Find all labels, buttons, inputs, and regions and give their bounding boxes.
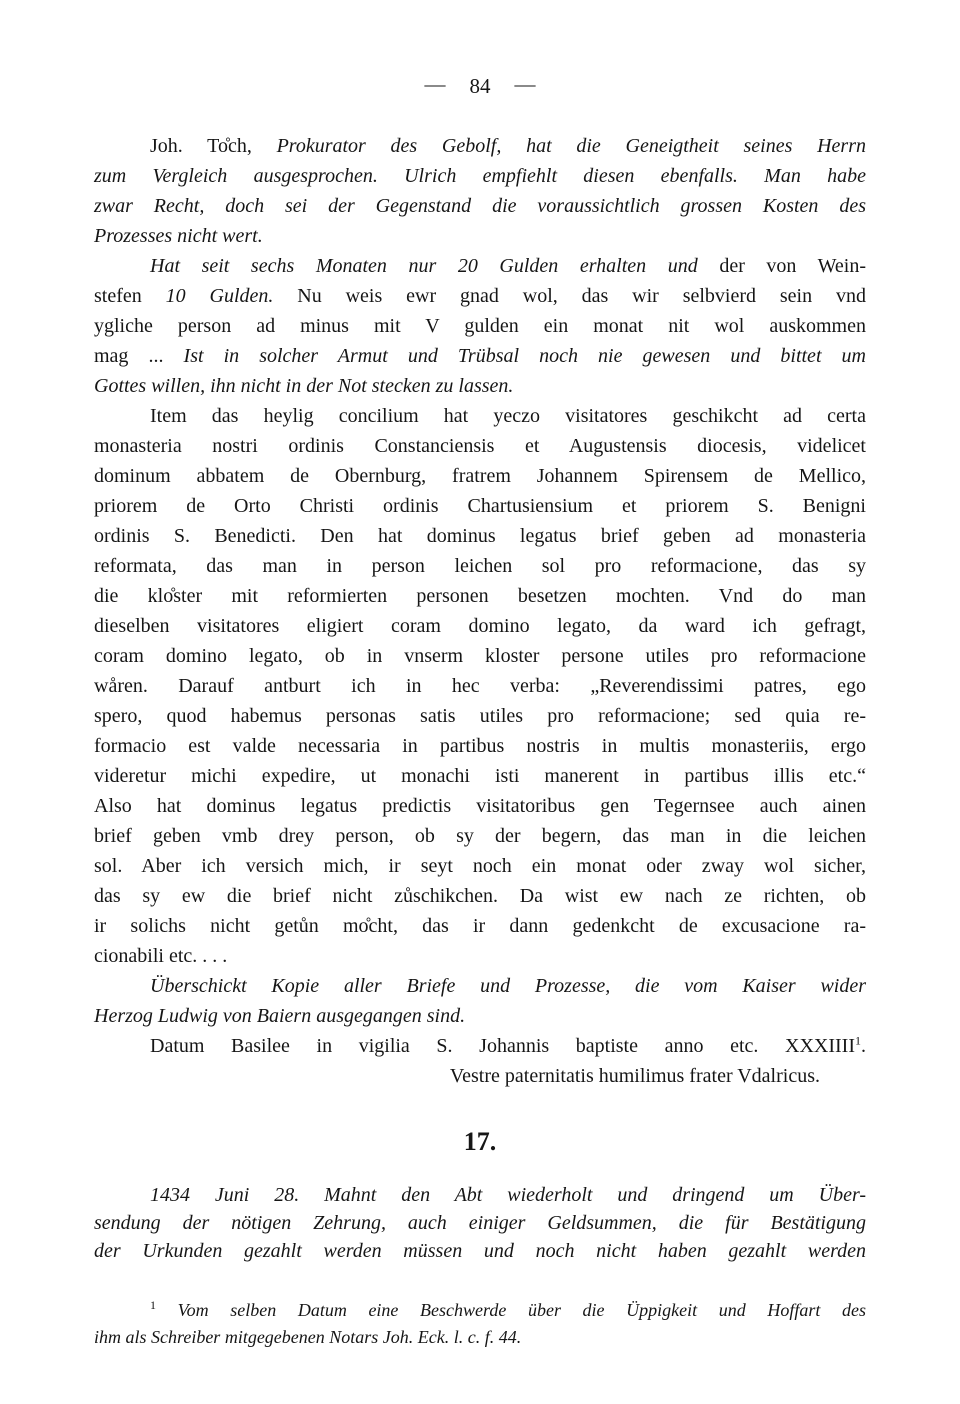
text-line: coram domino legato, ob in vnserm kloste… [94,641,866,671]
section-heading-17: 17. [94,1127,866,1157]
text-line: ygliche person ad minus mit V gulden ein… [94,311,866,341]
text-line: wåren. Darauf antburt ich in hec verba: … [94,671,866,701]
text-segment: Also hat dominus legatus predictis visit… [94,795,866,817]
text-segment: dominum abbatem de Obernburg, fratrem Jo… [94,465,866,487]
text-line: ihm als Schreiber mitgegebenen Notars Jo… [94,1324,866,1351]
text-line: Vestre paternitatis humilimus frater Vda… [94,1061,866,1091]
letter-17-summary: 1434 Juni 28. Mahnt den Abt wiederholt u… [94,1181,866,1265]
text-segment: Hat seit sechs Monaten nur 20 Gulden erh… [150,255,719,277]
text-segment: Item das heylig concilium hat yeczo visi… [150,405,866,427]
text-line: Item das heylig concilium hat yeczo visi… [94,401,866,431]
text-segment: spero, quod habemus personas satis utile… [94,705,866,727]
page-number: 84 [470,74,491,98]
header-dash-right: — [515,72,536,97]
text-line: sol. Aber ich versich mich, ir seyt noch… [94,851,866,881]
text-segment: ygliche person ad minus mit V gulden ein… [94,315,866,337]
text-segment: Joh. To̊ch, [150,135,277,157]
text-segment: ihm als Schreiber mitgegebenen Notars Jo… [94,1327,521,1347]
text-line: 1434 Juni 28. Mahnt den Abt wiederholt u… [94,1181,866,1209]
text-line: sendung der nötigen Zehrung, auch einige… [94,1209,866,1237]
book-page: —84— Joh. To̊ch, Prokurator des Gebolf, … [0,0,960,1404]
text-segment: ordinis S. Benedicti. Den hat dominus le… [94,525,866,547]
text-segment: Überschickt Kopie aller Briefe und Proze… [150,975,866,997]
text-segment: videretur michi expedire, ut monachi ist… [94,765,866,787]
letter-16-body: Joh. To̊ch, Prokurator des Gebolf, hat d… [94,131,866,1091]
text-segment: Datum Basilee in vigilia S. Johannis bap… [150,1035,855,1057]
text-line: spero, quod habemus personas satis utile… [94,701,866,731]
text-segment: formacio est valde necessaria in partibu… [94,735,866,757]
text-segment: priorem de Orto Christi ordinis Chartusi… [94,495,866,517]
text-segment: Prozesses nicht wert. [94,225,263,247]
text-segment: der Urkunden gezahlt werden müssen und n… [94,1240,866,1262]
text-line: Also hat dominus legatus predictis visit… [94,791,866,821]
text-segment: stefen [94,285,166,307]
text-line: dieselben visitatores eligiert coram dom… [94,611,866,641]
text-line: ir solichs nicht getůn mo̊cht, das ir da… [94,911,866,941]
page-content: Joh. To̊ch, Prokurator des Gebolf, hat d… [94,131,866,1351]
text-line: der Urkunden gezahlt werden müssen und n… [94,1237,866,1265]
text-segment: ir solichs nicht getůn mo̊cht, das ir da… [94,915,866,937]
text-segment: der von Wein- [719,255,866,277]
text-segment: sol. Aber ich versich mich, ir seyt noch… [94,855,866,877]
text-segment: Prokurator des Gebolf, hat die Geneigthe… [277,135,866,157]
text-line: das sy ew die brief nicht zůschikchen. D… [94,881,866,911]
text-line: 1 Vom selben Datum eine Beschwerde über … [94,1297,866,1324]
text-segment: monasteria nostri ordinis Constanciensis… [94,435,866,457]
text-line: reformata, das man in person leichen sol… [94,551,866,581]
text-line: zwar Recht, doch sei der Gegenstand die … [94,191,866,221]
text-segment: dieselben visitatores eligiert coram dom… [94,615,866,637]
text-line: videretur michi expedire, ut monachi ist… [94,761,866,791]
text-line: monasteria nostri ordinis Constanciensis… [94,431,866,461]
text-segment: Herzog Ludwig von Baiern ausgegangen sin… [94,1005,465,1027]
text-line: Gottes willen, ihn nicht in der Not stec… [94,371,866,401]
text-line: Datum Basilee in vigilia S. Johannis bap… [94,1031,866,1061]
text-line: zum Vergleich ausgesprochen. Ulrich empf… [94,161,866,191]
text-segment: wåren. Darauf antburt ich in hec verba: … [94,675,866,697]
text-segment: zwar Recht, doch sei der Gegenstand die … [94,195,866,217]
text-line: dominum abbatem de Obernburg, fratrem Jo… [94,461,866,491]
text-line: stefen 10 Gulden. Nu weis ewr gnad wol, … [94,281,866,311]
text-line: mag ... Ist in solcher Armut und Trübsal… [94,341,866,371]
text-line: ordinis S. Benedicti. Den hat dominus le… [94,521,866,551]
text-segment: Gottes willen, ihn nicht in der Not stec… [94,375,513,397]
text-line: cionabili etc. . . . [94,941,866,971]
text-line: brief geben vmb drey person, ob sy der b… [94,821,866,851]
text-segment: coram domino legato, ob in vnserm kloste… [94,645,866,667]
text-segment: Nu weis ewr gnad wol, das wir selbvierd … [273,285,866,307]
text-line: priorem de Orto Christi ordinis Chartusi… [94,491,866,521]
text-line: Hat seit sechs Monaten nur 20 Gulden erh… [94,251,866,281]
text-segment: zum Vergleich ausgesprochen. Ulrich empf… [94,165,866,187]
text-line: Prozesses nicht wert. [94,221,866,251]
text-segment: cionabili etc. . . . [94,945,227,967]
text-segment: reformata, das man in person leichen sol… [94,555,866,577]
text-segment: Vestre paternitatis humilimus frater Vda… [450,1065,820,1087]
footnote-1: 1 Vom selben Datum eine Beschwerde über … [94,1297,866,1351]
text-segment: 1434 Juni 28. Mahnt den Abt wiederholt u… [150,1184,866,1206]
text-segment: 10 Gulden. [166,285,274,307]
text-segment: die klo̊ster mit reformierten personen b… [94,585,866,607]
text-segment: Ist in solcher Armut und Trübsal noch ni… [184,345,866,367]
text-segment: sendung der nötigen Zehrung, auch einige… [94,1212,866,1234]
text-line: Joh. To̊ch, Prokurator des Gebolf, hat d… [94,131,866,161]
text-segment: . [861,1035,866,1057]
text-segment: brief geben vmb drey person, ob sy der b… [94,825,866,847]
text-line: Herzog Ludwig von Baiern ausgegangen sin… [94,1001,866,1031]
text-segment: mag ... [94,345,184,367]
text-segment: Vom selben Datum eine Beschwerde über di… [156,1300,866,1320]
text-line: Überschickt Kopie aller Briefe und Proze… [94,971,866,1001]
header-dash-left: — [425,72,446,97]
text-line: formacio est valde necessaria in partibu… [94,731,866,761]
page-header: —84— [0,0,960,99]
text-line: die klo̊ster mit reformierten personen b… [94,581,866,611]
text-segment: das sy ew die brief nicht zůschikchen. D… [94,885,866,907]
